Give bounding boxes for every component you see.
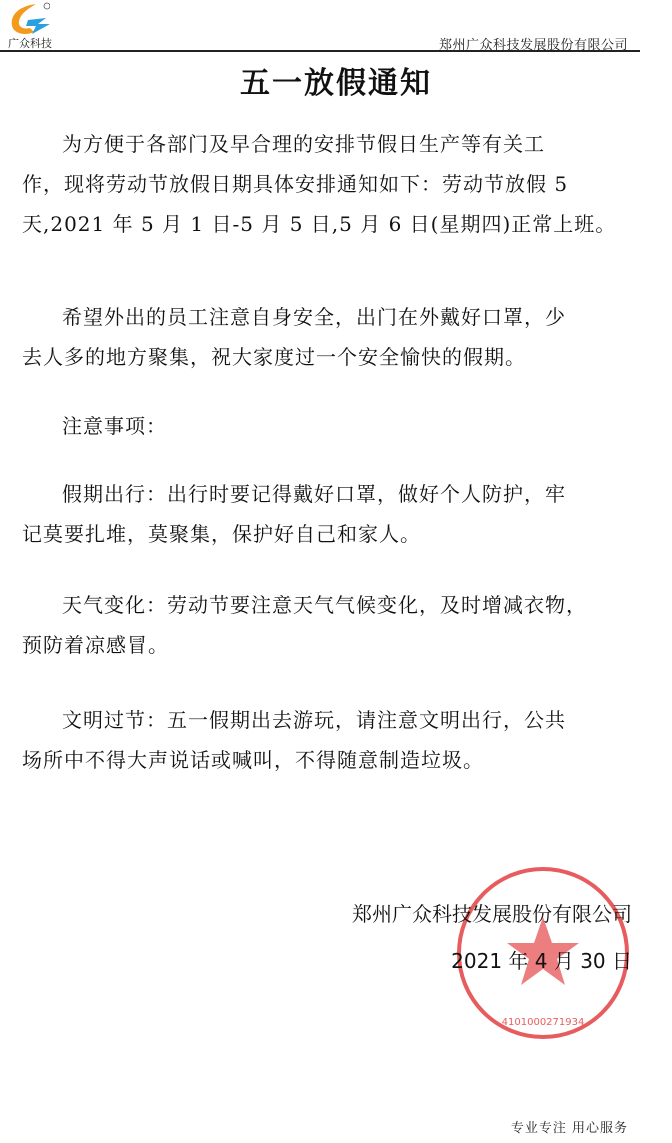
text-line: 场所中不得大声说话或喊叫，不得随意制造垃圾。 xyxy=(22,740,652,780)
text-line: 作，现将劳动节放假日期具体安排通知如下：劳动节放假 5 xyxy=(22,164,652,204)
text-line: 天,2021 年 5 月 1 日-5 月 5 日,5 月 6 日(星期四)正常上… xyxy=(22,204,652,244)
text-line: 假期出行：出行时要记得戴好口罩，做好个人防护，牢 xyxy=(62,482,566,506)
text-line: 为方便于各部门及早合理的安排节假日生产等有关工 xyxy=(62,132,545,156)
text-line: 天气变化：劳动节要注意天气气候变化，及时增减衣物， xyxy=(62,593,587,617)
paragraph-safety: 希望外出的员工注意自身安全，出门在外戴好口罩，少 去人多的地方聚集，祝大家度过一… xyxy=(22,297,652,377)
document-title: 五一放假通知 xyxy=(0,58,672,102)
paragraph-civility: 文明过节：五一假期出去游玩，请注意文明出行，公共 场所中不得大声说话或喊叫，不得… xyxy=(22,700,652,780)
company-logo-icon xyxy=(6,2,50,38)
paragraph-intro: 为方便于各部门及早合理的安排节假日生产等有关工 作，现将劳动节放假日期具体安排通… xyxy=(22,124,652,244)
text-line: 记莫要扎堆，莫聚集，保护好自己和家人。 xyxy=(22,514,652,554)
paragraph-weather: 天气变化：劳动节要注意天气气候变化，及时增减衣物， 预防着凉感冒。 xyxy=(22,585,652,665)
footer-slogan: 专业专注 用心服务 xyxy=(511,1117,628,1136)
paragraph-notes-heading: 注意事项： xyxy=(22,406,652,446)
signature-date: 2021 年 4 月 30 日 xyxy=(451,945,632,974)
header-rule xyxy=(0,50,640,52)
text-line: 注意事项： xyxy=(62,414,167,438)
logo-text: 广众科技 xyxy=(8,35,52,51)
text-line: 希望外出的员工注意自身安全，出门在外戴好口罩，少 xyxy=(62,305,566,329)
text-line: 预防着凉感冒。 xyxy=(22,625,652,665)
signature-company: 郑州广众科技发展股份有限公司 xyxy=(352,898,632,927)
text-line: 去人多的地方聚集，祝大家度过一个安全愉快的假期。 xyxy=(22,337,652,377)
paragraph-travel: 假期出行：出行时要记得戴好口罩，做好个人防护，牢 记莫要扎堆，莫聚集，保护好自己… xyxy=(22,474,652,554)
svg-text:4101000271934: 4101000271934 xyxy=(502,1017,585,1028)
text-line: 文明过节：五一假期出去游玩，请注意文明出行，公共 xyxy=(62,708,566,732)
letterhead: 广众科技 郑州广众科技发展股份有限公司 xyxy=(0,0,672,52)
